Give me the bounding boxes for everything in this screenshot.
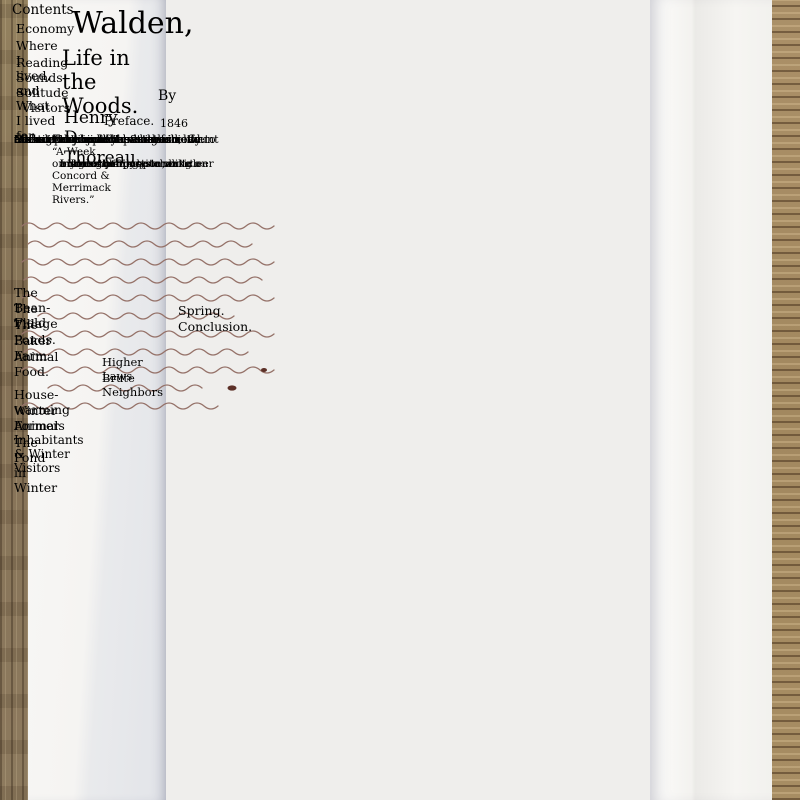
chapter-line: Sounds xyxy=(16,70,63,85)
chapter-line: Spring. xyxy=(178,303,225,318)
chapter-line: The Pond in Winter xyxy=(14,435,57,495)
preface-date: 1846 xyxy=(160,117,188,130)
by-line: By xyxy=(158,88,176,104)
chapter-line: Reading xyxy=(16,55,68,70)
chapter-line: Conclusion. xyxy=(178,319,252,334)
page-title: Walden, xyxy=(72,6,194,41)
pencil-annotation: Brute Neighbors xyxy=(102,371,163,399)
chapter-line: Animal Food. xyxy=(14,349,58,379)
chapter-line: Solitude xyxy=(16,85,69,100)
preface-label: Preface. xyxy=(104,114,154,128)
pink-object-edge xyxy=(0,548,10,654)
book-photo: Walden, Life in the Woods. By Henry D. T… xyxy=(0,0,800,800)
paper-sheet-right xyxy=(650,0,772,800)
epigraph-line: my neighbors up. xyxy=(60,158,153,170)
chapter-line: Visitors xyxy=(22,100,70,115)
chapter-line: Economy xyxy=(16,21,74,36)
contents-heading: Contents xyxy=(12,2,74,18)
preface-line: of that portion of the author's life. xyxy=(14,133,204,146)
